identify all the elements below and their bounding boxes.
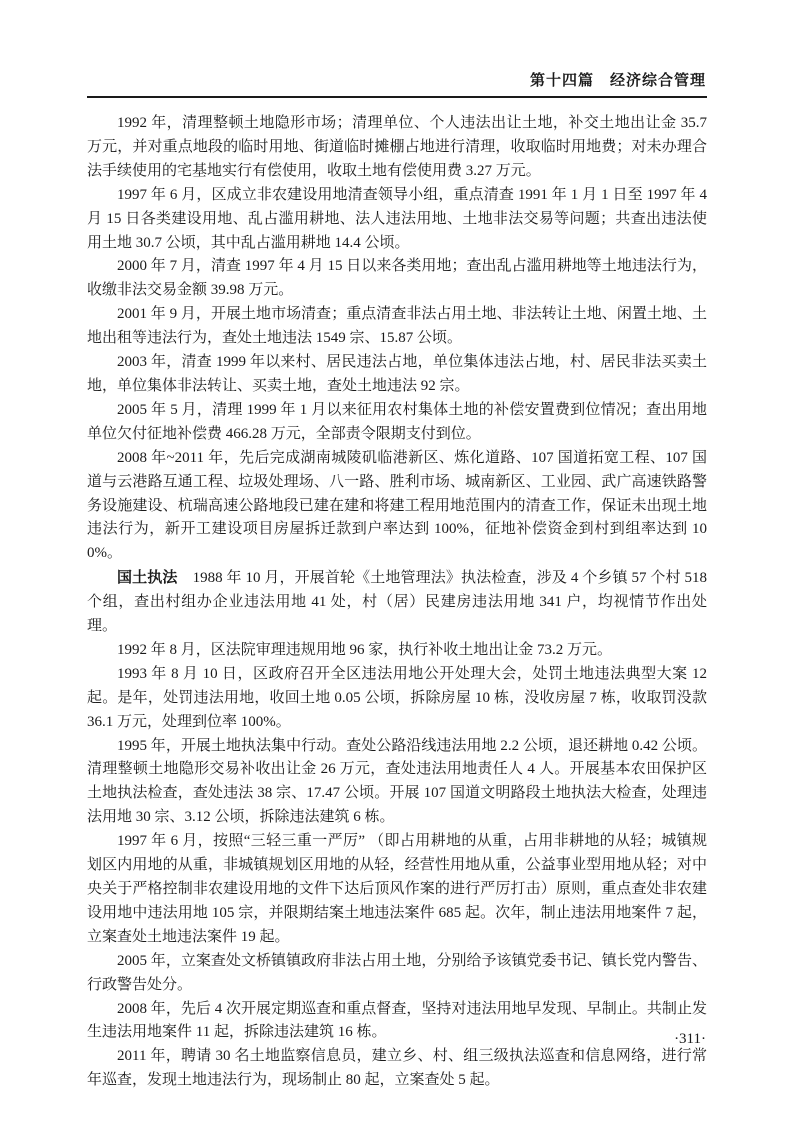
running-head: 第十四篇 经济综合管理	[530, 70, 706, 92]
paragraph: 2008 年~2011 年，先后完成湖南城陵矶临港新区、炼化道路、107 国道拓…	[87, 447, 707, 567]
paragraph: 1997 年 6 月，区成立非农建设用地清查领导小组，重点清查 1991 年 1…	[87, 184, 707, 256]
page-body: 1992 年，清理整顿土地隐形市场；清理单位、个人违法出让土地，补交土地出让金 …	[87, 112, 707, 1093]
paragraph: 2011 年，聘请 30 名土地监察信息员，建立乡、村、组三级执法巡查和信息网络…	[87, 1045, 707, 1093]
page-number: ·311·	[674, 1031, 706, 1048]
paragraph: 2003 年，清查 1999 年以来村、居民违法占地，单位集体违法占地，村、居民…	[87, 351, 707, 399]
paragraph: 1993 年 8 月 10 日，区政府召开全区违法用地公开处理大会，处罚土地违法…	[87, 663, 707, 735]
paragraph-lead: 国土执法	[117, 569, 178, 586]
paragraph: 1992 年 8 月，区法院审理违规用地 96 家，执行补收土地出让金 73.2…	[87, 639, 707, 663]
paragraph: 2001 年 9 月，开展土地市场清查；重点清查非法占用土地、非法转让土地、闲置…	[87, 303, 707, 351]
paragraph: 2005 年 5 月，清理 1999 年 1 月以来征用农村集体土地的补偿安置费…	[87, 399, 707, 447]
paragraph: 国土执法 1988 年 10 月，开展首轮《土地管理法》执法检查，涉及 4 个乡…	[87, 566, 707, 639]
paragraph: 2000 年 7 月，清查 1997 年 4 月 15 日以来各类用地；查出乱占…	[87, 255, 707, 303]
header-rule	[87, 96, 707, 98]
paragraph: 2008 年，先后 4 次开展定期巡查和重点督查，坚持对违法用地早发现、早制止。…	[87, 998, 707, 1046]
paragraph: 2005 年，立案查处文桥镇镇政府非法占用土地，分别给予该镇党委书记、镇长党内警…	[87, 950, 707, 998]
paragraph: 1997 年 6 月，按照“三轻三重一严厉” （即占用耕地的从重，占用非耕地的从…	[87, 830, 707, 950]
document-page: 第十四篇 经济综合管理 1992 年，清理整顿土地隐形市场；清理单位、个人违法出…	[0, 0, 793, 1122]
paragraph: 1992 年，清理整顿土地隐形市场；清理单位、个人违法出让土地，补交土地出让金 …	[87, 112, 707, 184]
paragraph: 1995 年，开展土地执法集中行动。查处公路沿线违法用地 2.2 公顷，退还耕地…	[87, 735, 707, 831]
